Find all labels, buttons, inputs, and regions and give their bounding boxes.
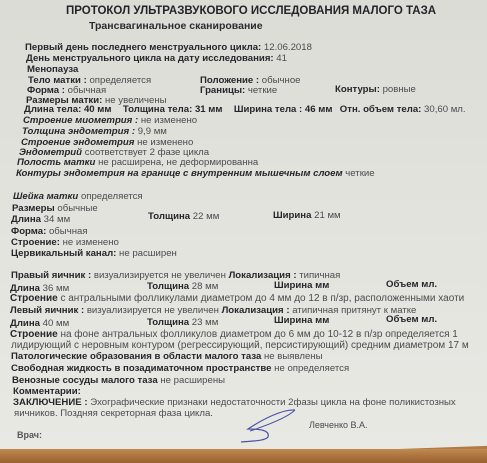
cycle-day-value: 41: [276, 53, 287, 64]
cervix-thickness-row: Толщина 22 мм: [148, 211, 219, 222]
cervix-width-label: Ширина: [273, 210, 311, 221]
doctor-signature-icon: [238, 405, 308, 445]
right-ovary-structure-label: Строение: [10, 293, 58, 304]
pathology-row: Патологические образования в области мал…: [11, 351, 322, 362]
uterus-volume-value: 30,60 мл.: [424, 104, 466, 115]
left-ovary-length-value: 40 мм: [43, 318, 70, 329]
uterus-width-value: 46 мм: [305, 104, 333, 115]
left-ovary-thickness-row: Толщина 23 мм: [147, 317, 218, 328]
cervical-canal-row: Цервикальный канал: не расширен: [11, 248, 177, 259]
uterus-thickness-value: 31 мм: [195, 104, 223, 115]
left-ovary-thickness-value: 23 мм: [192, 317, 219, 328]
left-ovary-structure-value: на фоне антральных фолликулов диаметром …: [60, 329, 457, 340]
cycle-day-row: День менструального цикла на дату исслед…: [26, 53, 287, 64]
myometrium-value: не изменено: [141, 115, 197, 126]
free-fluid-label: Свободная жидкость в позадиматочном прос…: [11, 363, 271, 374]
right-ovary-structure-row: Строение с антральными фолликулами диаме…: [10, 293, 464, 304]
doctor-label: Врач:: [17, 430, 42, 441]
cervix-thickness-label: Толщина: [148, 211, 190, 222]
first-day-label: Первый день последнего менструального ци…: [25, 42, 261, 53]
left-ovary-volume-label: Объем: [386, 314, 419, 325]
uterine-cavity-label: Полость матки: [17, 157, 95, 168]
pathology-value: не выявлены: [264, 351, 323, 362]
right-ovary-volume-row: Объем мл.: [386, 279, 437, 290]
right-ovary-volume-value: мл.: [421, 279, 437, 290]
cervical-canal-value: не расширен: [119, 248, 177, 259]
left-ovary-structure-row: Строение на фоне антральных фолликулов д…: [10, 329, 458, 340]
pelvic-veins-row: Венозные сосуды малого таза не расширены: [12, 375, 225, 386]
myometrium-row: Строение миометрия : не изменено: [23, 115, 197, 126]
uterus-length-label: Длина тела:: [24, 104, 81, 115]
right-ovary-thickness-value: 28 мм: [192, 281, 219, 292]
right-ovary-structure-value: с антральными фолликулами диаметром до 4…: [60, 293, 464, 304]
cervical-canal-label: Цервикальный канал:: [11, 248, 116, 259]
cervix-label: Шейка матки: [13, 191, 78, 202]
cervix-form-label: Форма:: [11, 226, 46, 237]
uterus-contours-value: ровные: [383, 84, 416, 95]
conclusion-row: ЗАКЛЮЧЕНИЕ : Эхографические признаки нед…: [13, 397, 456, 408]
menopause-label: Менопауза: [27, 64, 78, 75]
right-ovary-width-value: мм: [315, 280, 329, 291]
left-ovary-volume-value: мл.: [421, 314, 437, 325]
cervix-width-value: 21 мм: [314, 210, 341, 221]
free-fluid-row: Свободная жидкость в позадиматочном прос…: [11, 363, 349, 374]
left-ovary-length-label: Длина: [10, 318, 40, 329]
cycle-day-label: День менструального цикла на дату исслед…: [26, 53, 274, 64]
left-ovary-thickness-label: Толщина: [147, 317, 189, 328]
uterus-dimensions-row: Длина тела: 40 мм Толщина тела: 31 мм Ши…: [24, 104, 466, 115]
right-ovary-width-label: Ширина: [274, 280, 312, 291]
right-ovary-thickness-row: Толщина 28 мм: [147, 281, 218, 292]
first-day-row: Первый день последнего менструального ци…: [25, 42, 312, 53]
left-ovary-length-row: Длина 40 мм: [10, 318, 69, 329]
right-ovary-thickness-label: Толщина: [147, 281, 189, 292]
right-ovary-volume-label: Объем: [386, 279, 419, 290]
uterus-volume-label: Отн. объем тела:: [340, 104, 422, 115]
uterine-cavity-row: Полость матки не расширена, не деформиро…: [17, 157, 258, 168]
left-ovary-value: визуализируется не увеличен: [87, 305, 219, 316]
uterus-borders-row: Границы: четкие: [200, 85, 277, 96]
uterus-borders-label: Границы:: [200, 85, 245, 96]
cervix-width-row: Ширина 21 мм: [273, 210, 341, 221]
endometrium-thickness-row: Толщина эндометрия : 9,9 мм: [22, 126, 167, 137]
endometrium-thickness-label: Толщина эндометрия :: [22, 126, 135, 137]
left-ovary-width-label: Ширина: [274, 315, 312, 326]
endometrium-contours-row: Контуры эндометрия на границе с внутренн…: [16, 168, 375, 179]
endometrium-contours-value: четкие: [345, 168, 374, 179]
document-subtitle: Трансвагинальное сканирование: [89, 21, 263, 32]
pelvic-veins-value: не расширены: [160, 375, 225, 386]
left-ovary-row: Левый яичник : визуализируется не увелич…: [10, 305, 416, 316]
right-ovary-width-row: Ширина мм: [274, 280, 329, 291]
pelvic-veins-label: Венозные сосуды малого таза: [12, 375, 158, 386]
uterus-contours-label: Контуры:: [335, 84, 380, 95]
cervix-thickness-value: 22 мм: [193, 211, 220, 222]
cervix-size-label: Размеры: [12, 203, 55, 214]
doctor-name: Левченко В.А.: [309, 420, 368, 431]
uterus-length-value: 40 мм: [84, 104, 112, 115]
uterus-borders-value: четкие: [248, 85, 277, 96]
cervix-value: определяется: [81, 191, 143, 202]
left-ovary-structure-label: Строение: [10, 329, 58, 340]
cervix-form-value: обычная: [49, 226, 88, 237]
left-ovary-volume-row: Объем мл.: [386, 314, 437, 325]
uterine-cavity-value: не расширена, не деформированна: [98, 157, 258, 168]
pathology-label: Патологические образования в области мал…: [11, 351, 261, 362]
cervix-size-row: Размеры обычные: [12, 203, 98, 214]
free-fluid-value: не определяется: [274, 363, 349, 374]
cervix-structure-row: Строение: не изменено: [11, 237, 119, 248]
left-ovary-structure-continuation: лидирующий с неровным контуром (регресси…: [11, 340, 469, 351]
myometrium-label: Строение миометрия :: [23, 115, 138, 126]
cervix-row: Шейка матки определяется: [13, 191, 143, 202]
left-ovary-width-value: мм: [315, 315, 329, 326]
endometrium-thickness-value: 9,9 мм: [138, 126, 167, 137]
first-day-value: 12.06.2018: [264, 42, 312, 53]
cervix-length-row: Длина 34 мм: [11, 214, 70, 225]
uterus-width-label: Ширина тела :: [234, 104, 302, 115]
comments-label: Комментарии:: [13, 386, 81, 397]
right-ovary-label: Правый яичник :: [11, 270, 91, 281]
uterus-thickness-label: Толщина тела:: [123, 104, 192, 115]
left-ovary-label: Левый яичник :: [10, 305, 84, 316]
cervix-form-row: Форма: обычная: [11, 226, 88, 237]
cervix-structure-value: не изменено: [63, 237, 119, 248]
cervix-length-label: Длина: [11, 214, 41, 225]
cervix-length-value: 34 мм: [44, 214, 71, 225]
cervix-size-value: обычные: [57, 203, 97, 214]
right-ovary-value: визуализируется не увеличен: [94, 270, 226, 281]
conclusion-text-continuation: яичников. Поздняя секреторная фаза цикла…: [14, 408, 213, 419]
table-surface: [0, 449, 487, 463]
left-ovary-width-row: Ширина мм: [274, 315, 329, 326]
endometrium-contours-label: Контуры эндометрия на границе с внутренн…: [16, 168, 343, 179]
cervix-structure-label: Строение:: [11, 237, 60, 248]
uterus-contours-row: Контуры: ровные: [335, 84, 416, 95]
document-title: ПРОТОКОЛ УЛЬТРАЗВУКОВОГО ИССЛЕДОВАНИЯ МА…: [66, 6, 436, 17]
conclusion-label: ЗАКЛЮЧЕНИЕ :: [13, 397, 88, 408]
